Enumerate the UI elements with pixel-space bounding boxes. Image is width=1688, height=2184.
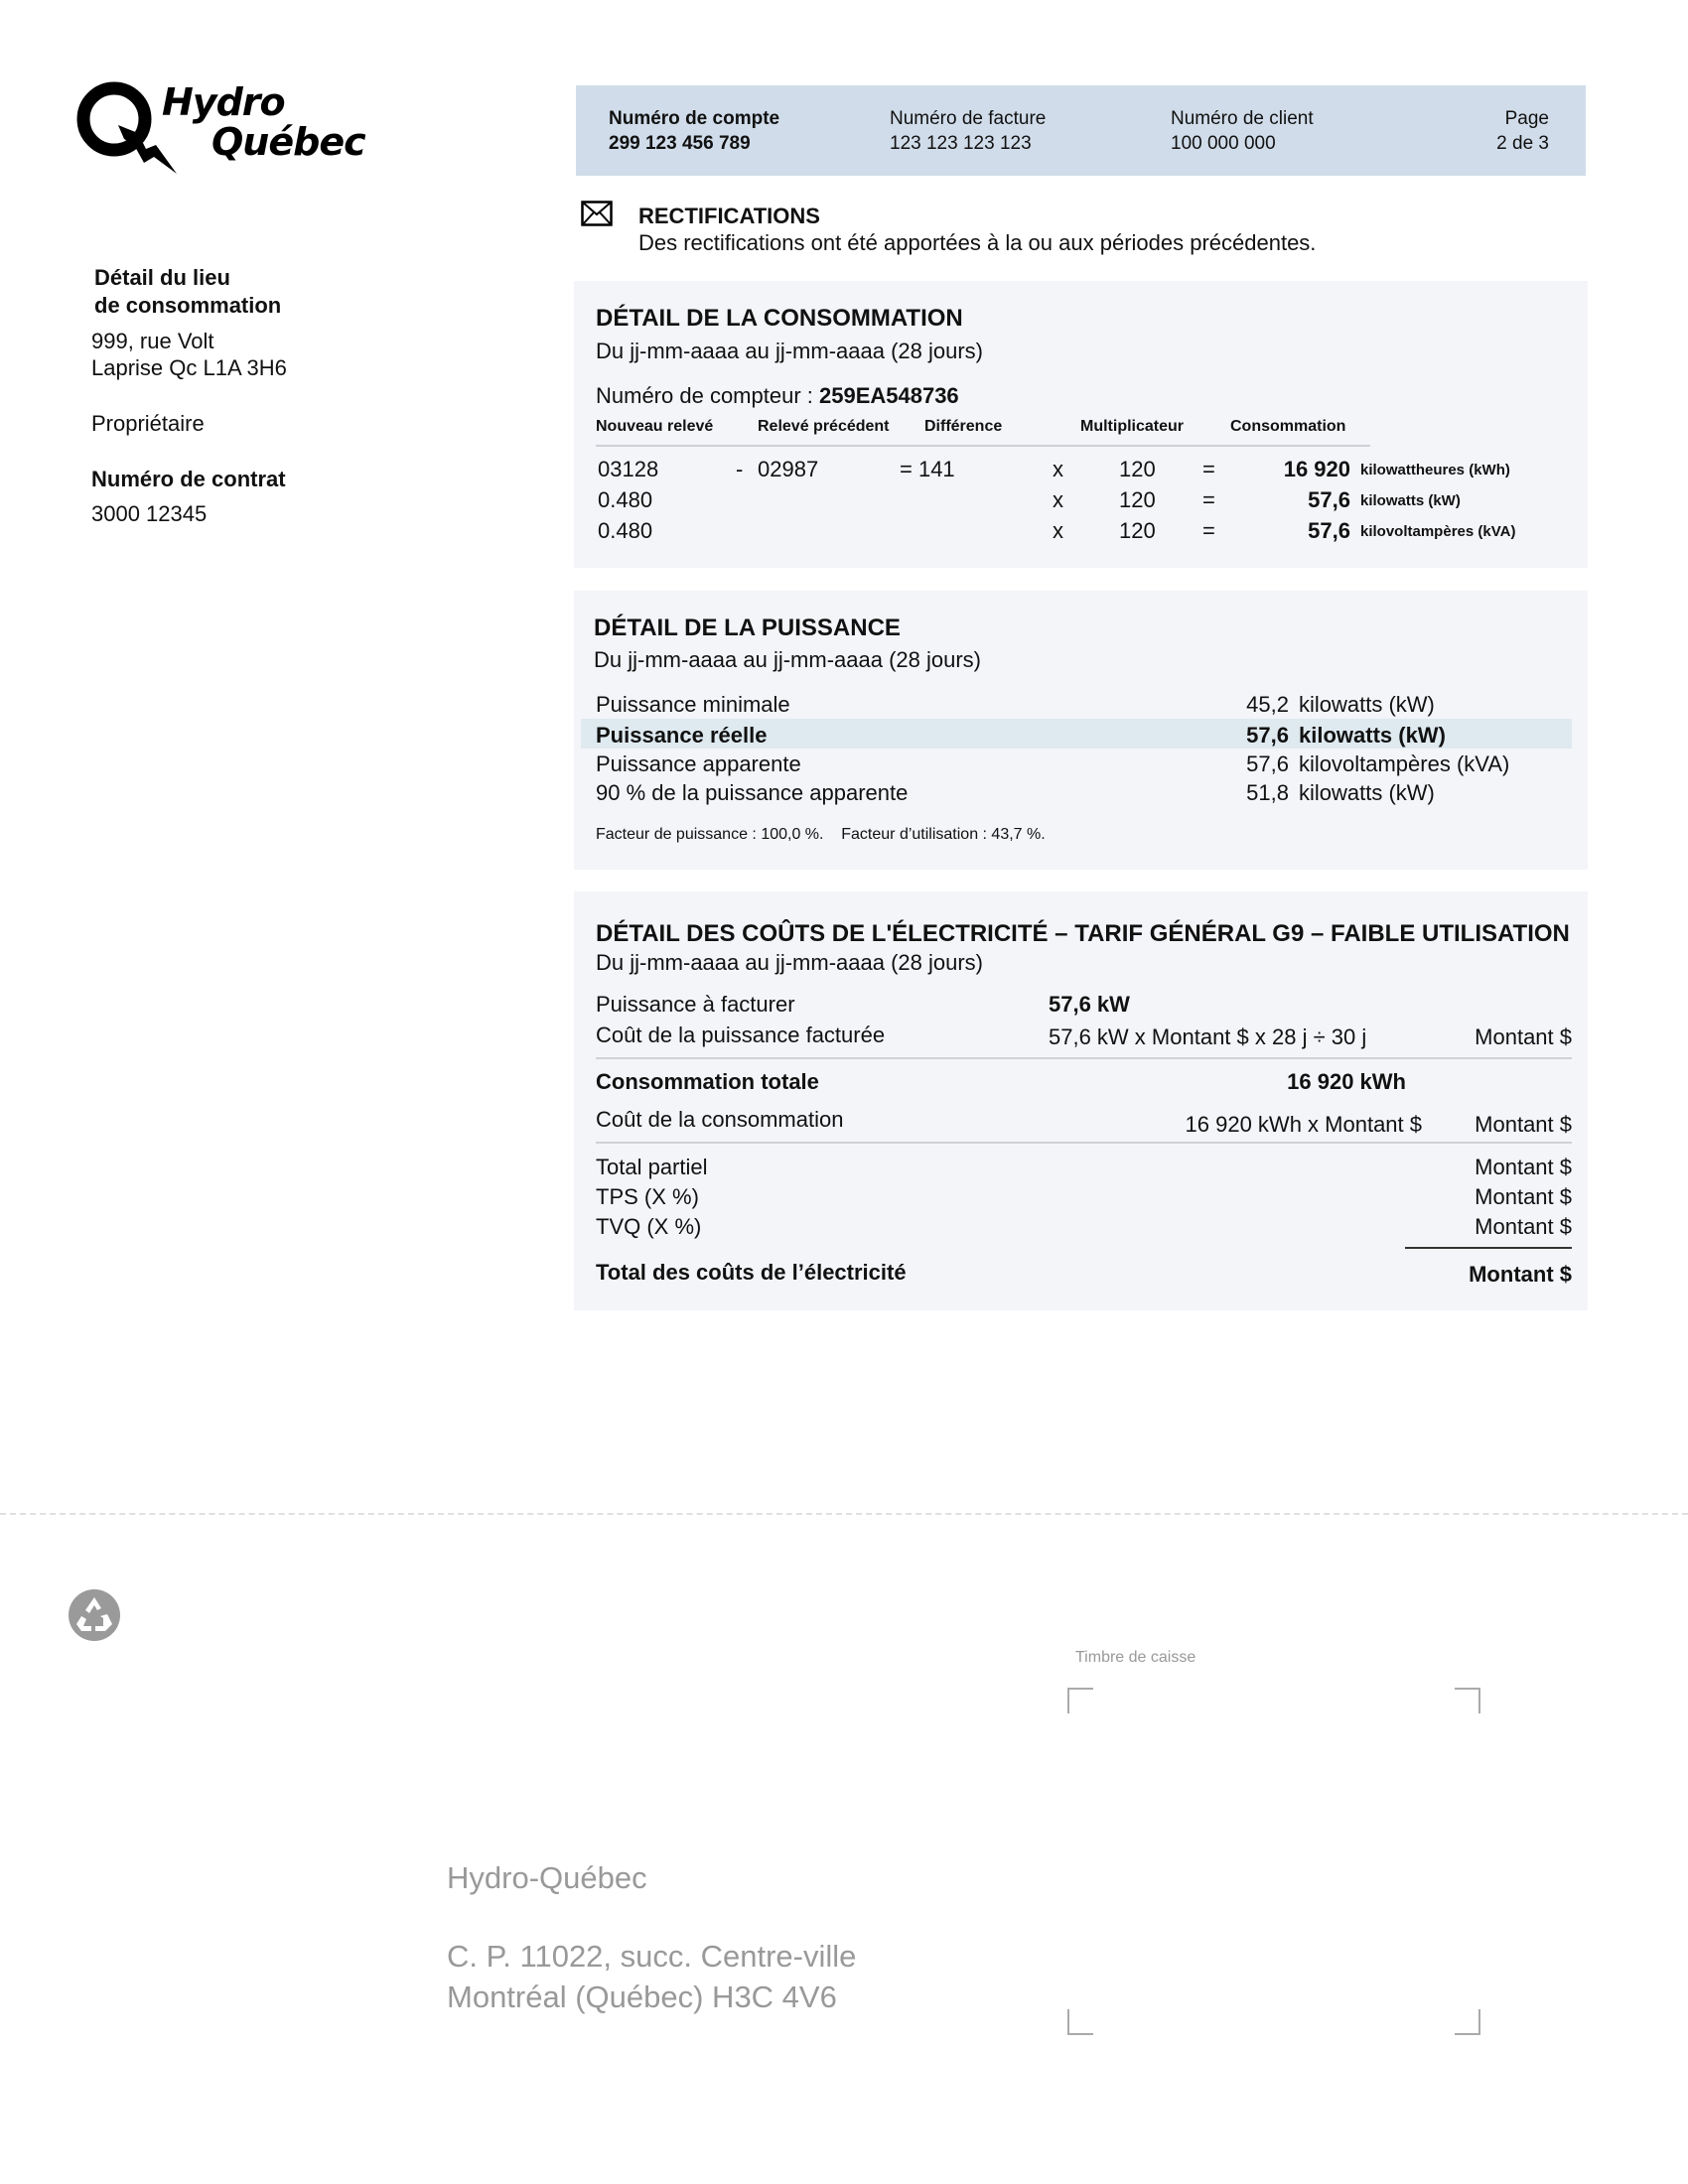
power-footnote: Facteur de puissance : 100,0 %. Facteur … [596,825,1046,845]
power-row-label: Puissance minimale [596,692,790,718]
row-equals-sign: = [1202,518,1215,544]
client-number-value: 100 000 000 [1171,133,1276,155]
total-divider [1405,1247,1572,1249]
power-title: DÉTAIL DE LA PUISSANCE [594,614,901,642]
power-row-unit: kilowatts (kW) [1299,692,1435,718]
power-cost-amount: Montant $ [1475,1024,1572,1050]
account-header: Numéro de compte 299 123 456 789 Numéro … [576,85,1586,176]
cashier-stamp-label: Timbre de caisse [1075,1649,1196,1667]
total-consumption-label: Consommation totale [596,1069,819,1095]
return-address-line2: Montréal (Québec) H3C 4V6 [447,1979,837,2015]
contract-number-label: Numéro de contrat [91,467,286,492]
power-row-value: 57,6 [1246,723,1289,749]
power-row-value: 51,8 [1246,780,1289,806]
row-new-reading: 0.480 [598,487,652,513]
meter-number-value: 259EA548736 [819,383,959,408]
power-row-unit: kilowatts (kW) [1299,780,1435,806]
tear-off-line [0,1513,1688,1515]
power-row-label: 90 % de la puissance apparente [596,780,908,806]
client-number-label: Numéro de client [1171,108,1314,130]
invoice-number-label: Numéro de facture [890,108,1046,130]
col-multiplier: Multiplicateur [1080,417,1184,437]
invoice-number-value: 123 123 123 123 [890,133,1032,155]
return-address-line1: C. P. 11022, succ. Centre-ville [447,1939,856,1975]
power-cost-formula: 57,6 kW x Montant $ x 28 j ÷ 30 j [1049,1024,1366,1050]
row-equals-sign: = [1202,457,1215,482]
tps-label: TPS (X %) [596,1184,699,1210]
divider [596,445,1370,447]
consumption-cost-formula: 16 920 kWh x Montant $ [1186,1112,1422,1138]
row-multiplier: 120 [1119,457,1156,482]
total-cost-amount: Montant $ [1469,1262,1572,1288]
address-line2: Laprise Qc L1A 3H6 [91,355,287,381]
billed-power-value: 57,6 kW [1049,992,1130,1018]
consumption-period: Du jj-mm-aaaa au jj-mm-aaaa (28 jours) [596,339,983,364]
subtotal-label: Total partiel [596,1155,708,1180]
col-consumption: Consommation [1230,417,1345,437]
rectifications-title: RECTIFICATIONS [638,204,820,229]
meter-number: Numéro de compteur : 259EA548736 [596,383,959,409]
row-multiplier: 120 [1119,487,1156,513]
consumption-title: DÉTAIL DE LA CONSOMMATION [596,305,963,333]
tps-amount: Montant $ [1475,1184,1572,1210]
cashier-stamp-area [1067,1688,1480,2035]
divider [596,1142,1572,1144]
rectifications-text: Des rectifications ont été apportées à l… [638,230,1316,256]
row-multiplier: 120 [1119,518,1156,544]
meter-number-label: Numéro de compteur : [596,383,819,408]
place-title-line2: de consommation [94,293,281,319]
hydro-quebec-logo: Hydro Québec [72,79,370,177]
tvq-label: TVQ (X %) [596,1214,701,1240]
row-consumption-value: 16 920 [1284,457,1350,482]
row-times-sign: x [1053,518,1063,544]
col-previous-reading: Relevé précédent [758,417,890,437]
consumption-cost-label: Coût de la consommation [596,1107,843,1133]
row-times-sign: x [1053,457,1063,482]
row-consumption-value: 57,6 [1308,518,1350,544]
row-times-sign: x [1053,487,1063,513]
total-cost-label: Total des coûts de l’électricité [596,1260,907,1286]
col-difference: Différence [924,417,1002,437]
cost-period: Du jj-mm-aaaa au jj-mm-aaaa (28 jours) [596,950,983,976]
logo-text-hydro: Hydro [162,83,285,121]
account-number-value: 299 123 456 789 [609,133,751,155]
power-row-unit: kilovoltampères (kVA) [1299,751,1509,777]
recycle-icon [68,1588,121,1642]
power-row-value: 45,2 [1246,692,1289,718]
row-consumption-value: 57,6 [1308,487,1350,513]
address-line1: 999, rue Volt [91,329,214,354]
account-number-label: Numéro de compte [609,108,779,130]
place-title-line1: Détail du lieu [94,265,230,291]
row-minus-sign: - [736,457,743,482]
row-consumption-unit: kilowattheures (kWh) [1360,462,1510,478]
power-row-value: 57,6 [1246,751,1289,777]
subtotal-amount: Montant $ [1475,1155,1572,1180]
logo-text-quebec: Québec [211,123,365,161]
billed-power-label: Puissance à facturer [596,992,795,1018]
power-period: Du jj-mm-aaaa au jj-mm-aaaa (28 jours) [594,647,981,673]
contract-number-value: 3000 12345 [91,501,207,527]
divider [596,1057,1572,1059]
power-cost-label: Coût de la puissance facturée [596,1023,885,1048]
row-new-reading: 03128 [598,457,658,482]
power-row-label: Puissance réelle [596,723,767,749]
envelope-icon [581,201,613,226]
page-value: 2 de 3 [1496,133,1549,155]
tvq-amount: Montant $ [1475,1214,1572,1240]
page-label: Page [1505,108,1549,130]
owner-status: Propriétaire [91,411,205,437]
row-difference: = 141 [900,457,955,482]
return-address-name: Hydro-Québec [447,1860,647,1896]
consumption-cost-amount: Montant $ [1475,1112,1572,1138]
row-previous-reading: 02987 [758,457,818,482]
power-row-label: Puissance apparente [596,751,801,777]
row-equals-sign: = [1202,487,1215,513]
row-consumption-unit: kilovoltampères (kVA) [1360,523,1515,540]
row-new-reading: 0.480 [598,518,652,544]
total-consumption-value: 16 920 kWh [1287,1069,1406,1095]
power-row-unit: kilowatts (kW) [1299,723,1446,749]
row-consumption-unit: kilowatts (kW) [1360,492,1461,509]
col-new-reading: Nouveau relevé [596,417,713,437]
cost-title: DÉTAIL DES COÛTS DE L'ÉLECTRICITÉ – TARI… [596,920,1570,948]
